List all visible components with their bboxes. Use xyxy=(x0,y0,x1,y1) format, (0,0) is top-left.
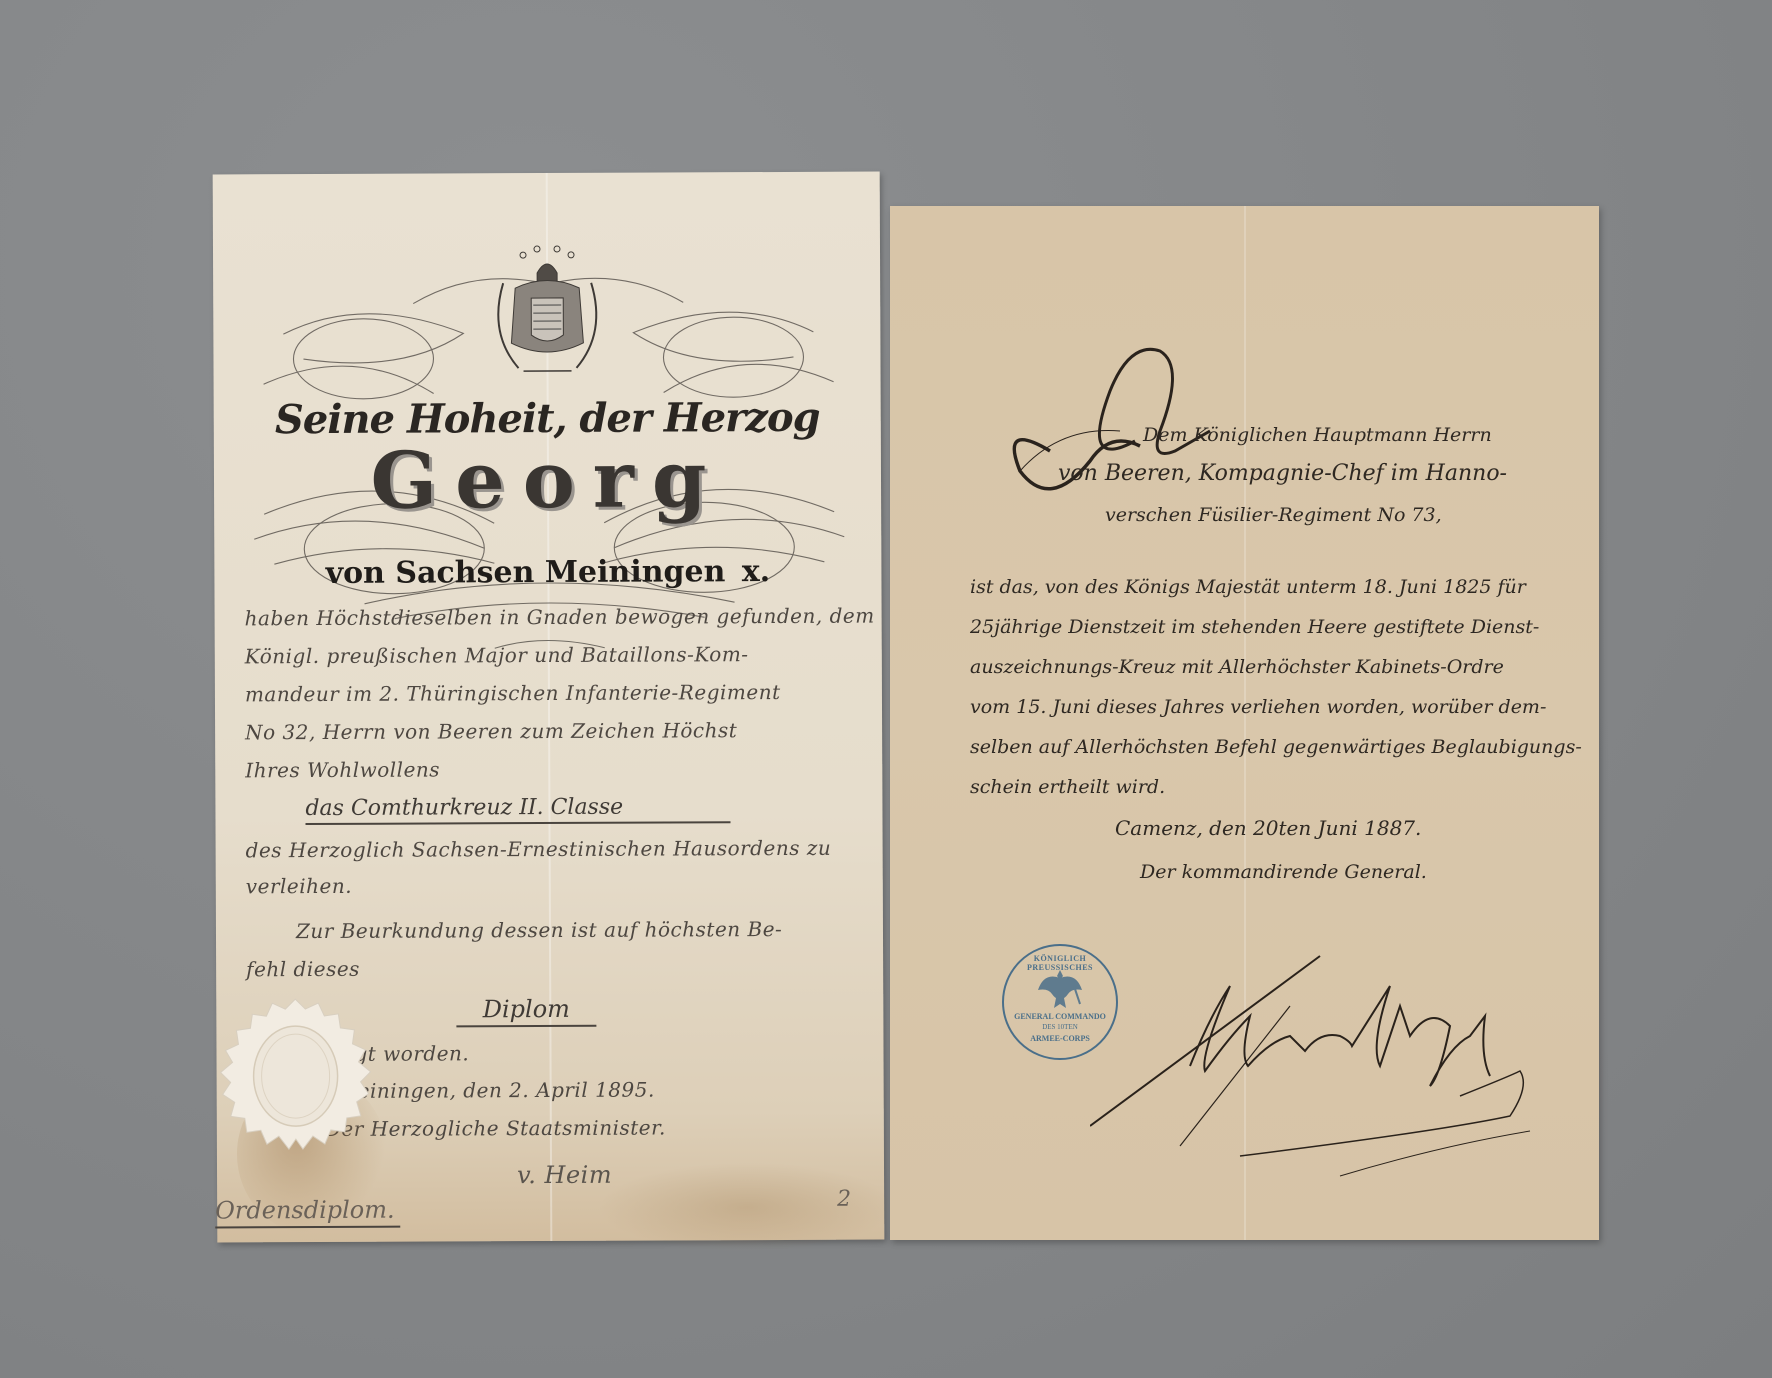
closing-line-2: fehl dieses xyxy=(246,957,360,981)
body-line-2: 25jährige Dienstzeit im stehenden Heere … xyxy=(970,616,1539,638)
body-line-2: Königl. preußischen Major und Bataillons… xyxy=(245,642,749,668)
award-line: das Comthurkreuz II. Classe xyxy=(305,794,730,825)
body-line-4: No 32, Herrn von Beeren zum Zeichen Höch… xyxy=(245,718,737,744)
footer-label-ordensdiplom: Ordensdiplom. xyxy=(215,1196,400,1229)
left-document-diploma: Seine Hoheit, der Herzog Georg von Sachs… xyxy=(213,172,885,1243)
eagle-icon xyxy=(1034,964,1086,1012)
closing-line-1: Zur Beurkundung dessen ist auf höchsten … xyxy=(296,917,782,943)
body-line-5: Ihres Wohlwollens xyxy=(245,757,440,782)
corner-mark: 2 xyxy=(837,1187,851,1212)
place-date: Camenz, den 20ten Juni 1887. xyxy=(1115,816,1421,840)
diplom-word: Diplom xyxy=(456,995,596,1028)
body-line-3: auszeichnungs-Kreuz mit Allerhöchster Ka… xyxy=(970,656,1504,678)
body-line-6: schein ertheilt wird. xyxy=(970,776,1165,798)
signature-albrecht-icon xyxy=(1090,926,1590,1206)
place-date: Meiningen, den 2. April 1895. xyxy=(337,1078,655,1103)
body-line-7: verleihen. xyxy=(246,874,352,898)
body-line-3: mandeur im 2. Thüringischen Infanterie-R… xyxy=(245,680,781,706)
water-stain xyxy=(597,1161,897,1252)
minister-signature: v. Heim xyxy=(517,1161,612,1189)
body-line-1: haben Höchstdieselben in Gnaden bewogen … xyxy=(245,604,875,631)
heading-von-sachsen-meiningen: von Sachsen Meiningen x. xyxy=(214,554,881,592)
body-line-4: vom 15. Juni dieses Jahres verliehen wor… xyxy=(970,696,1546,718)
opening-line-1: Dem Königlichen Hauptmann Herrn xyxy=(1143,424,1492,446)
coat-of-arms-icon xyxy=(483,243,612,394)
right-document-certificate: Dem Königlichen Hauptmann Herrn von Beer… xyxy=(890,206,1599,1240)
opening-line-3: verschen Füsilier-Regiment No 73, xyxy=(1105,504,1442,526)
body-line-6: des Herzoglich Sachsen-Ernestinischen Ha… xyxy=(246,836,832,863)
body-line-5: selben auf Allerhöchsten Befehl gegenwär… xyxy=(970,736,1582,758)
body-line-1: ist das, von des Königs Majestät unterm … xyxy=(970,576,1526,598)
heading-georg: Georg xyxy=(214,434,881,528)
signer-title: Der kommandirende General. xyxy=(1140,861,1427,883)
opening-line-2: von Beeren, Kompagnie-Chef im Hanno- xyxy=(1058,461,1507,486)
embossed-seal-icon xyxy=(210,994,381,1165)
